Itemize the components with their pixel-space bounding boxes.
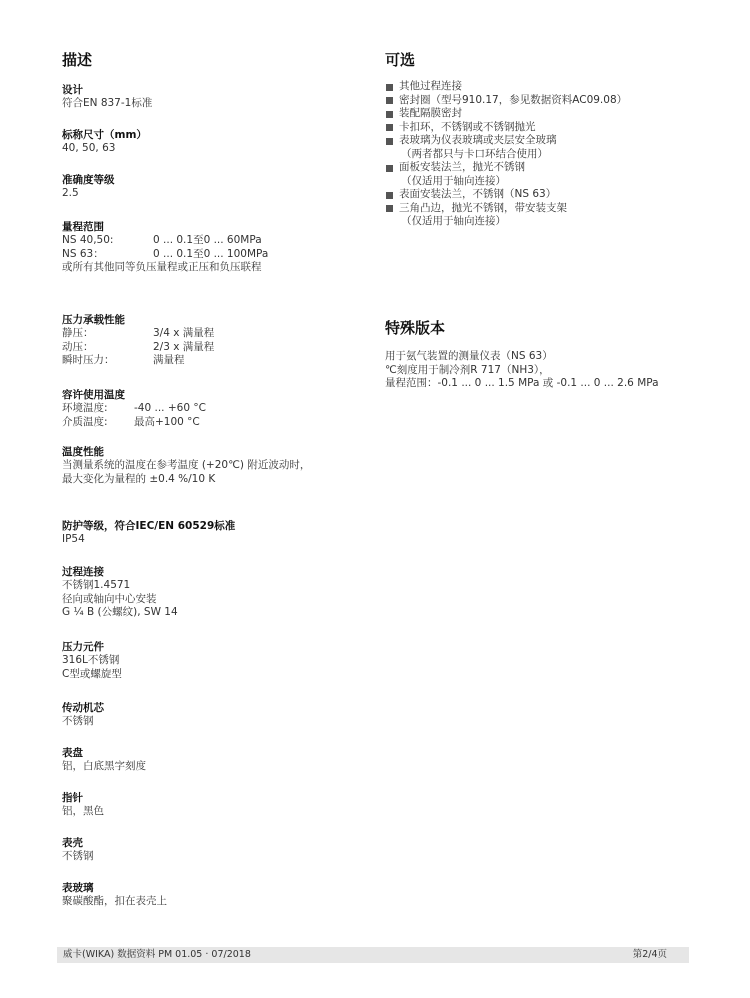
bullet-square-icon bbox=[386, 205, 393, 212]
spec-pointer: 指针 铝，黑色 bbox=[62, 792, 362, 819]
bullet-square-icon bbox=[386, 124, 393, 131]
spec-temperature-effect: 温度性能 当测量系统的温度在参考温度 (+20℃) 附近波动时， 最大变化为量程… bbox=[62, 446, 362, 486]
spec-heading: 表玻璃 bbox=[62, 882, 362, 895]
spec-row-value: 0 ... 0.1至0 ... 100MPa bbox=[153, 248, 268, 262]
option-text: 密封圈（型号910.17，参见数据资料AC09.08） bbox=[399, 94, 627, 106]
spec-line: G ¼ B (公螺纹), SW 14 bbox=[62, 606, 362, 620]
spec-value: 符合EN 837-1标准 bbox=[62, 97, 362, 111]
spec-row-value: 最高+100 °C bbox=[134, 416, 200, 430]
footer-document-ref: 威卡(WIKA) 数据资料 PM 01.05 · 07/2018 bbox=[63, 947, 251, 963]
spec-line: 最大变化为量程的 ±0.4 %/10 K bbox=[62, 473, 362, 487]
section-description: 描述 bbox=[62, 50, 362, 70]
option-item: 表面安装法兰，不锈钢（NS 63） bbox=[385, 188, 705, 202]
bullet-square-icon bbox=[386, 97, 393, 104]
spec-heading: 温度性能 bbox=[62, 446, 362, 459]
spec-row: NS 40,50: 0 ... 0.1至0 ... 60MPa bbox=[62, 234, 362, 248]
spec-accuracy: 准确度等级 2.5 bbox=[62, 174, 362, 201]
option-item: 装配隔膜密封 bbox=[385, 107, 705, 121]
spec-heading: 传动机芯 bbox=[62, 702, 362, 715]
spec-scale-range: 量程范围 NS 40,50: 0 ... 0.1至0 ... 60MPa NS … bbox=[62, 221, 362, 275]
spec-row-key: 静压： bbox=[62, 327, 153, 341]
spec-row-value: 满量程 bbox=[153, 354, 185, 368]
bullet-square-icon bbox=[386, 138, 393, 145]
spec-row-value: -40 ... +60 °C bbox=[134, 402, 206, 416]
option-text: 表面安装法兰，不锈钢（NS 63） bbox=[399, 188, 556, 200]
options-list: 其他过程连接 密封圈（型号910.17，参见数据资料AC09.08） 装配隔膜密… bbox=[385, 80, 705, 229]
bullet-square-icon bbox=[386, 111, 393, 118]
spec-row: 环境温度: -40 ... +60 °C bbox=[62, 402, 362, 416]
spec-value: 40, 50, 63 bbox=[62, 142, 362, 156]
spec-design: 设计 符合EN 837-1标准 bbox=[62, 84, 362, 111]
option-note: （两者都只与卡口环结合使用） bbox=[399, 148, 705, 162]
spec-value: 不锈钢 bbox=[62, 715, 362, 729]
spec-line: 径向或轴向中心安装 bbox=[62, 593, 362, 607]
section-title-options: 可选 bbox=[385, 50, 705, 70]
option-text: 表玻璃为仪表玻璃或夹层安全玻璃 bbox=[399, 134, 557, 146]
spec-heading: 设计 bbox=[62, 84, 362, 97]
spec-ingress-protection: 防护等级，符合IEC/EN 60529标准 IP54 bbox=[62, 520, 362, 547]
spec-heading: 表壳 bbox=[62, 837, 362, 850]
spec-row-key: NS 40,50: bbox=[62, 234, 153, 248]
spec-heading: 标称尺寸（mm） bbox=[62, 129, 362, 142]
option-note: （仅适用于轴向连接） bbox=[399, 175, 705, 189]
option-text: 卡扣环，不锈钢或不锈钢抛光 bbox=[399, 121, 536, 133]
spec-heading: 准确度等级 bbox=[62, 174, 362, 187]
spec-line: 316L不锈钢 bbox=[62, 654, 362, 668]
option-text: 面板安装法兰，抛光不锈钢 bbox=[399, 161, 525, 173]
spec-value: 2.5 bbox=[62, 187, 362, 201]
spec-line: 不锈钢1.4571 bbox=[62, 579, 362, 593]
spec-row: 介质温度: 最高+100 °C bbox=[62, 416, 362, 430]
option-text: 三角凸边，抛光不锈钢，带安装支架 bbox=[399, 202, 567, 214]
option-item: 三角凸边，抛光不锈钢，带安装支架（仅适用于轴向连接） bbox=[385, 202, 705, 229]
option-note: （仅适用于轴向连接） bbox=[399, 215, 705, 229]
spec-movement: 传动机芯 不锈钢 bbox=[62, 702, 362, 729]
section-title-special-version: 特殊版本 bbox=[385, 318, 445, 338]
spec-pressure-element: 压力元件 316L不锈钢 C型或螺旋型 bbox=[62, 641, 362, 681]
spec-heading: 量程范围 bbox=[62, 221, 362, 234]
spec-row: 静压： 3/4 x 满量程 bbox=[62, 327, 362, 341]
spec-line: C型或螺旋型 bbox=[62, 668, 362, 682]
page-footer: 威卡(WIKA) 数据资料 PM 01.05 · 07/2018 第2/4页 bbox=[57, 947, 689, 963]
spec-heading: 表盘 bbox=[62, 747, 362, 760]
spec-value: 不锈钢 bbox=[62, 850, 362, 864]
spec-heading: 压力承载性能 bbox=[62, 314, 362, 327]
option-item: 密封圈（型号910.17，参见数据资料AC09.08） bbox=[385, 94, 705, 108]
special-line: 用于氨气装置的测量仪表（NS 63） bbox=[385, 350, 715, 364]
special-version-text: 用于氨气装置的测量仪表（NS 63） ℃刻度用于制冷剂R 717（NH3）， 量… bbox=[385, 350, 715, 391]
option-item: 面板安装法兰，抛光不锈钢（仅适用于轴向连接） bbox=[385, 161, 705, 188]
special-line: 量程范围：-0.1 ... 0 ... 1.5 MPa 或 -0.1 ... 0… bbox=[385, 377, 715, 391]
bullet-square-icon bbox=[386, 165, 393, 172]
spec-value: 铝，白底黑字刻度 bbox=[62, 760, 362, 774]
spec-value: IP54 bbox=[62, 533, 362, 547]
spec-process-connection: 过程连接 不锈钢1.4571 径向或轴向中心安装 G ¼ B (公螺纹), SW… bbox=[62, 566, 362, 620]
spec-row-key: 瞬时压力： bbox=[62, 354, 153, 368]
spec-row-key: 动压： bbox=[62, 341, 153, 355]
footer-page-number: 第2/4页 bbox=[633, 947, 667, 963]
special-line: ℃刻度用于制冷剂R 717（NH3）， bbox=[385, 364, 715, 378]
spec-row-value: 0 ... 0.1至0 ... 60MPa bbox=[153, 234, 262, 248]
option-item: 其他过程连接 bbox=[385, 80, 705, 94]
spec-row-key: NS 63： bbox=[62, 248, 153, 262]
spec-heading: 容许使用温度 bbox=[62, 389, 362, 402]
right-column: 可选 其他过程连接 密封圈（型号910.17，参见数据资料AC09.08） 装配… bbox=[385, 50, 705, 229]
spec-row-value: 2/3 x 满量程 bbox=[153, 341, 214, 355]
spec-row: 动压： 2/3 x 满量程 bbox=[62, 341, 362, 355]
spec-row-key: 介质温度: bbox=[62, 416, 134, 430]
spec-heading: 防护等级，符合IEC/EN 60529标准 bbox=[62, 520, 362, 533]
spec-case: 表壳 不锈钢 bbox=[62, 837, 362, 864]
spec-window: 表玻璃 聚碳酸酯，扣在表壳上 bbox=[62, 882, 362, 909]
spec-row-value: 3/4 x 满量程 bbox=[153, 327, 214, 341]
section-title-description: 描述 bbox=[62, 50, 362, 70]
spec-row-key: 环境温度: bbox=[62, 402, 134, 416]
spec-line: 当测量系统的温度在参考温度 (+20℃) 附近波动时， bbox=[62, 459, 362, 473]
spec-heading: 指针 bbox=[62, 792, 362, 805]
spec-heading: 压力元件 bbox=[62, 641, 362, 654]
spec-permissible-temperature: 容许使用温度 环境温度: -40 ... +60 °C 介质温度: 最高+100… bbox=[62, 389, 362, 429]
spec-row: NS 63： 0 ... 0.1至0 ... 100MPa bbox=[62, 248, 362, 262]
spec-nominal-size: 标称尺寸（mm） 40, 50, 63 bbox=[62, 129, 362, 156]
spec-note: 或所有其他同等负压量程或正压和负压联程 bbox=[62, 261, 362, 275]
option-text: 其他过程连接 bbox=[399, 80, 462, 92]
spec-heading: 过程连接 bbox=[62, 566, 362, 579]
spec-dial: 表盘 铝，白底黑字刻度 bbox=[62, 747, 362, 774]
bullet-square-icon bbox=[386, 84, 393, 91]
option-text: 装配隔膜密封 bbox=[399, 107, 462, 119]
bullet-square-icon bbox=[386, 192, 393, 199]
spec-value: 铝，黑色 bbox=[62, 805, 362, 819]
spec-row: 瞬时压力： 满量程 bbox=[62, 354, 362, 368]
option-item: 卡扣环，不锈钢或不锈钢抛光 bbox=[385, 121, 705, 135]
option-item: 表玻璃为仪表玻璃或夹层安全玻璃（两者都只与卡口环结合使用） bbox=[385, 134, 705, 161]
spec-pressure-limitation: 压力承载性能 静压： 3/4 x 满量程 动压： 2/3 x 满量程 瞬时压力：… bbox=[62, 314, 362, 368]
spec-value: 聚碳酸酯，扣在表壳上 bbox=[62, 895, 362, 909]
